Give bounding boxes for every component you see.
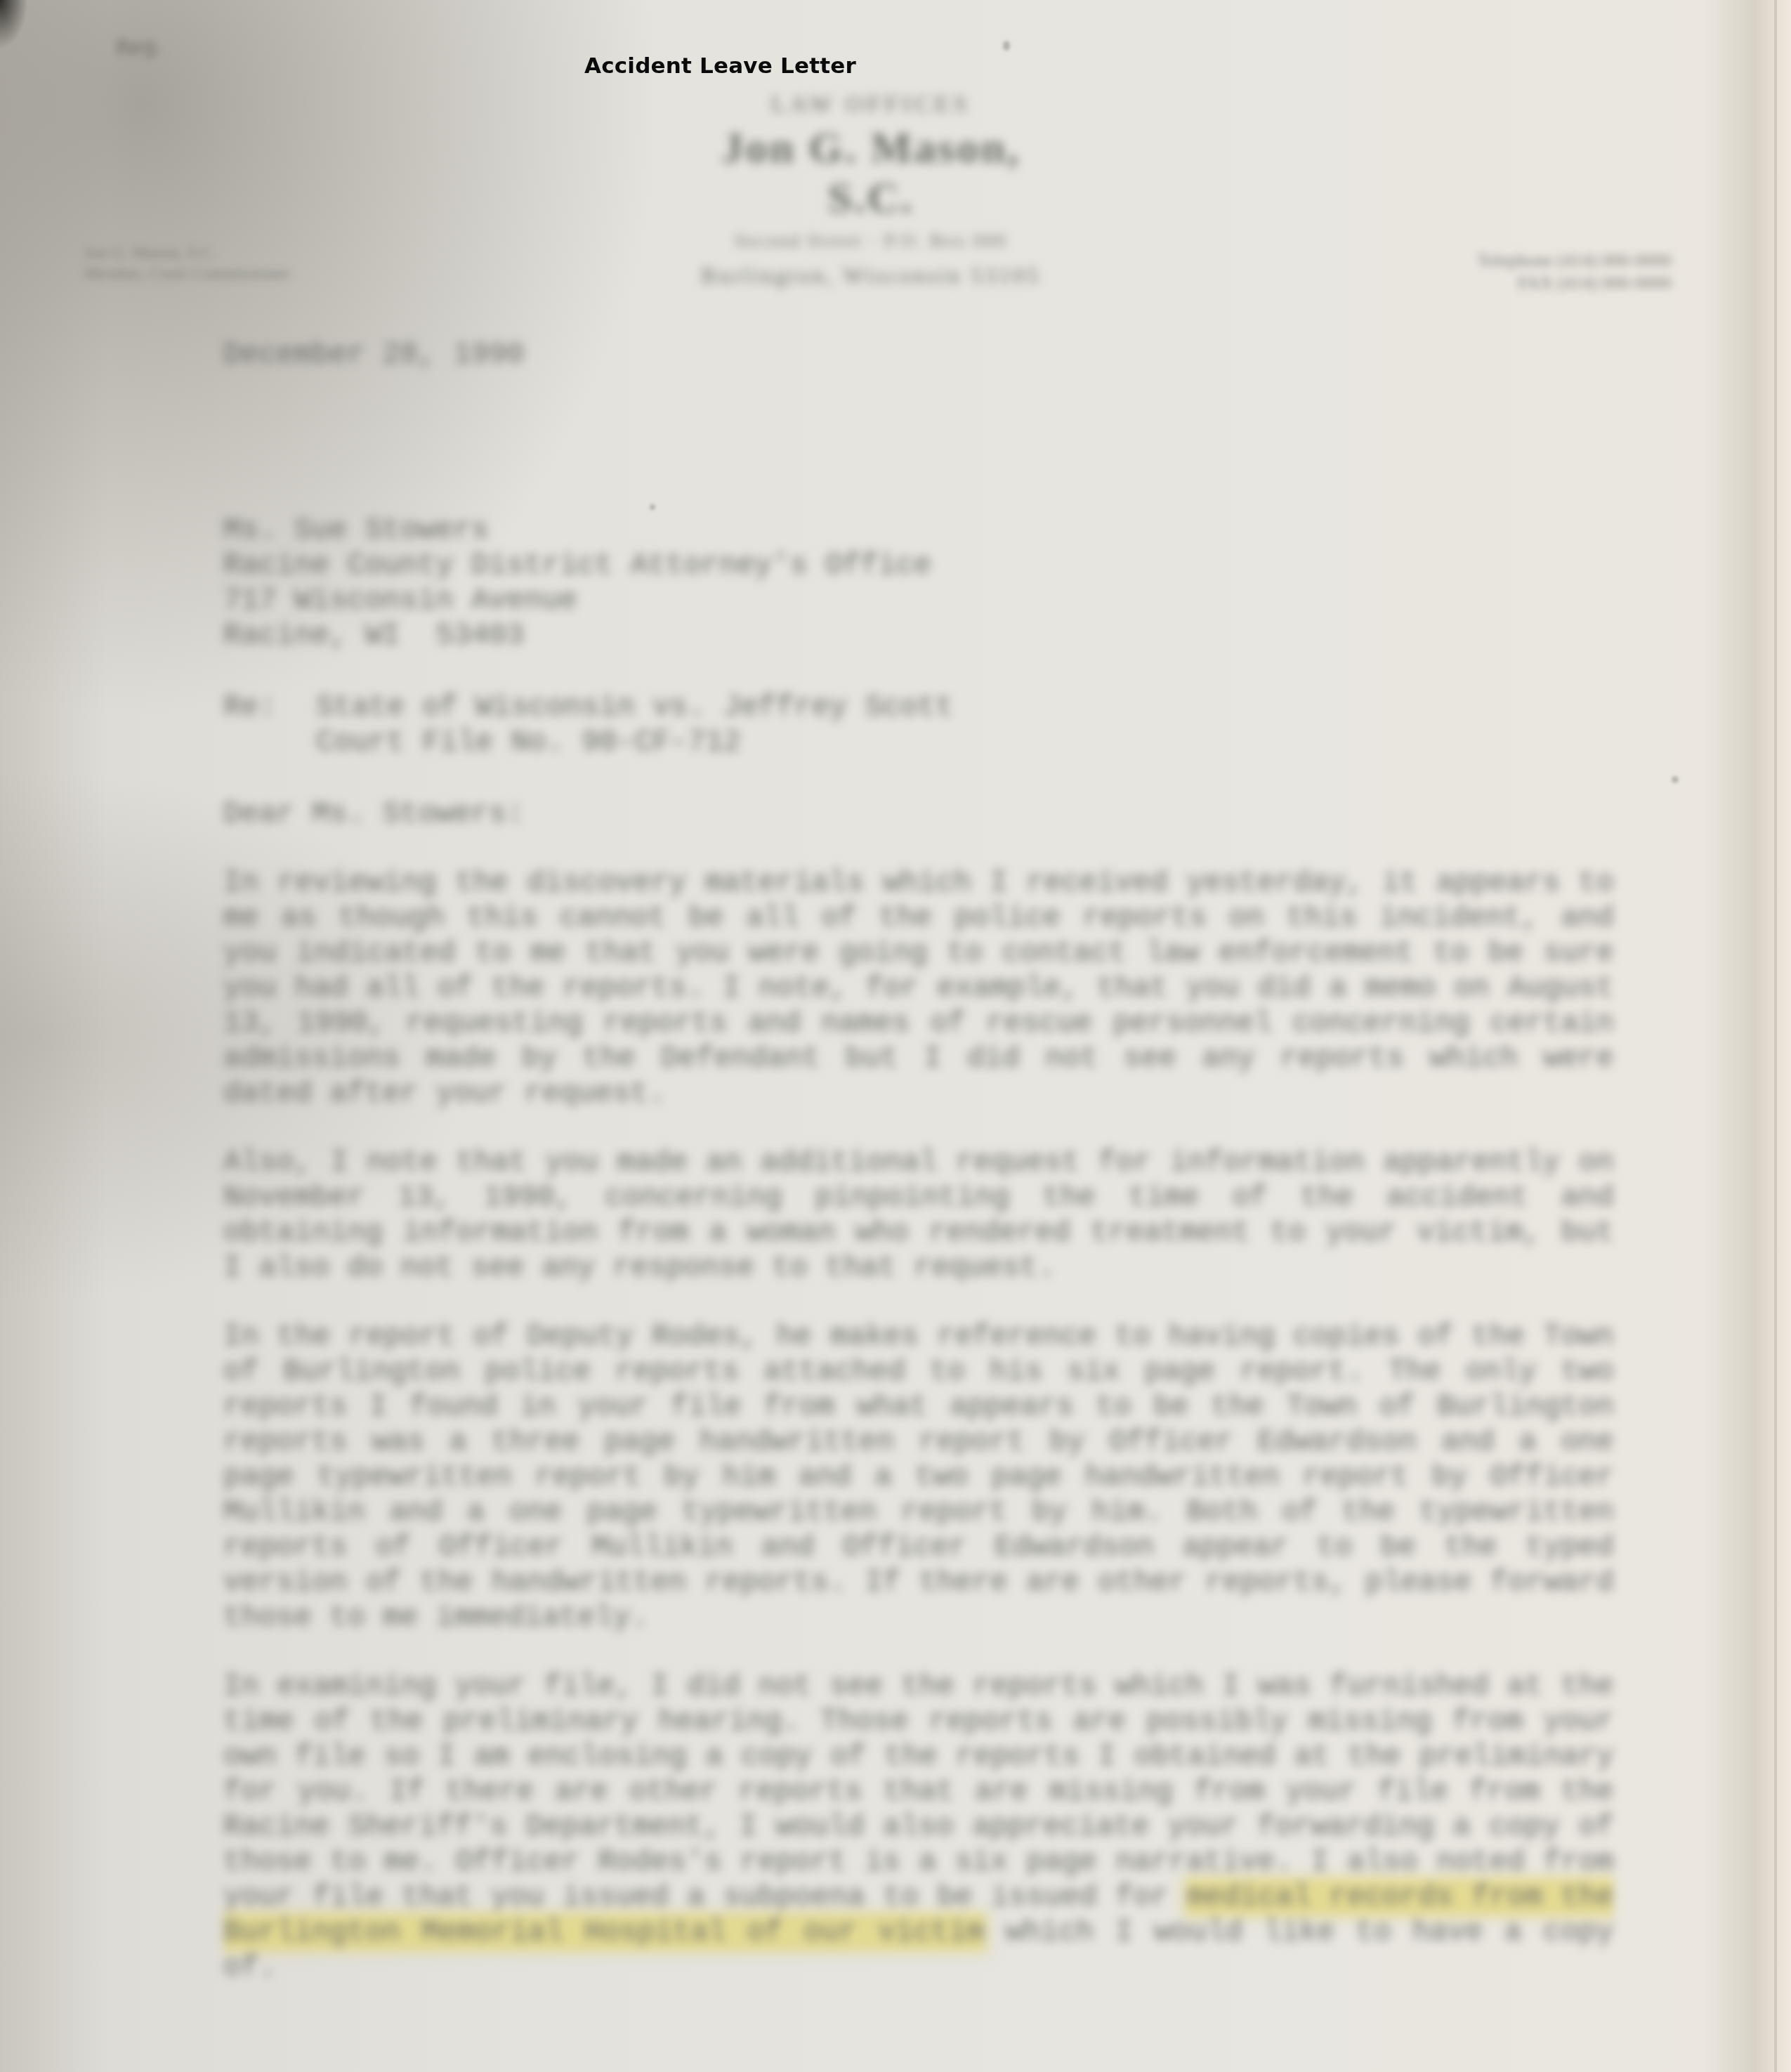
scanned-letter-page: Reg. Accident Leave Letter LAW OFFICES J… <box>0 0 1791 2072</box>
letterhead-street: Second Street · P.O. Box 000 <box>674 230 1068 251</box>
recipient-line: Ms. Sue Stowers <box>223 513 1614 548</box>
re-case-caption: State of Wisconsin vs. Jeffrey Scott <box>316 690 953 725</box>
body-paragraph: In the report of Deputy Rodes, he makes … <box>223 1319 1614 1635</box>
right-header-line: FAX (414) 000-0000 <box>1477 272 1672 294</box>
left-header-block: Jon G. Mason, S.C. Member, Court Commiss… <box>84 242 290 284</box>
letterhead-city: Burlington, Wisconsin 53105 <box>674 263 1068 289</box>
letterhead-firm-name: Jon G. Mason, S.C. <box>674 124 1068 223</box>
right-header-block: Telephone (414) 000-0000 FAX (414) 000-0… <box>1477 249 1672 294</box>
document-title: Accident Leave Letter <box>584 53 856 79</box>
recipient-line: 717 Wisconsin Avenue <box>223 583 1614 618</box>
letterhead: LAW OFFICES Jon G. Mason, S.C. Second St… <box>674 91 1068 289</box>
scan-dust-speck <box>1672 776 1679 783</box>
salutation: Dear Ms. Stowers: <box>223 796 1614 832</box>
body-paragraph: Also, I note that you made an additional… <box>223 1145 1614 1285</box>
letterhead-subtitle: LAW OFFICES <box>674 91 1068 118</box>
re-court-file: Court File No. 90-CF-712 <box>316 725 953 760</box>
recipient-line: Racine, WI 53403 <box>223 618 1614 653</box>
right-header-line: Telephone (414) 000-0000 <box>1477 249 1672 272</box>
letter-date: December 28, 1990 <box>223 337 1614 372</box>
left-header-line: Jon G. Mason, S.C. <box>84 242 290 263</box>
recipient-address: Ms. Sue Stowers Racine County District A… <box>223 513 1614 653</box>
body-paragraph: In reviewing the discovery materials whi… <box>223 865 1614 1111</box>
scan-corner-shadow <box>0 0 28 49</box>
letter-body: December 28, 1990 Ms. Sue Stowers Racine… <box>223 337 1614 1985</box>
re-line: Re: State of Wisconsin vs. Jeffrey Scott… <box>223 690 1614 760</box>
re-label: Re: <box>223 690 316 760</box>
scan-dust-speck <box>1003 41 1010 51</box>
body-paragraph: In examining your file, I did not see th… <box>223 1669 1614 1985</box>
paragraph-text: In examining your file, I did not see th… <box>223 1670 1614 1914</box>
handwritten-margin-note: Reg. <box>115 34 164 62</box>
recipient-line: Racine County District Attorney's Office <box>223 548 1614 583</box>
scan-dust-speck <box>650 504 655 510</box>
left-header-line: Member, Court Commissioner <box>84 263 290 284</box>
